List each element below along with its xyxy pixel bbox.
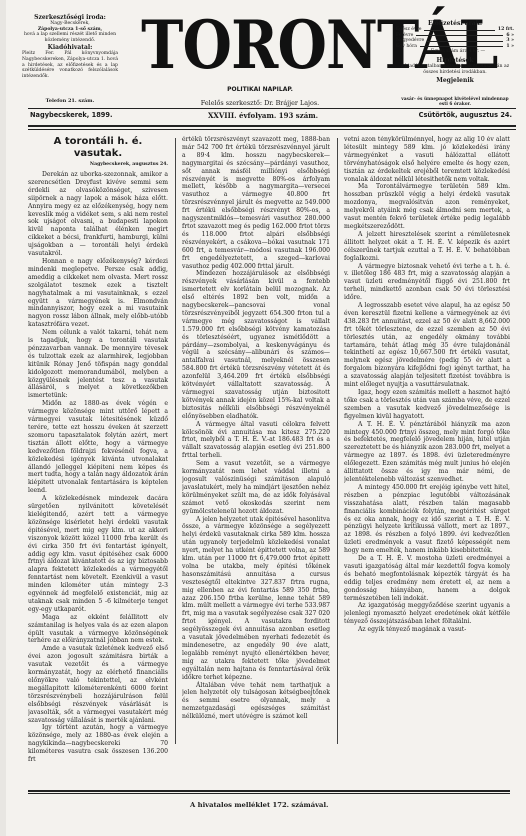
single-issue-price: — Egyes szám ára 4 kr. — <box>396 49 514 55</box>
article-paragraph: Maga az ekként felállitott elv számtanil… <box>28 614 168 646</box>
article-paragraph: Az igazgatóság meggyőződése szerint ugya… <box>344 602 510 626</box>
article-paragraph: Ma Torontálvármegye területén 589 klm. h… <box>344 183 510 230</box>
appears-heading: Megjelenik <box>396 77 514 84</box>
article-paragraph: De a T. H. É. V. mostoha üzleti eredmény… <box>344 555 510 602</box>
article-paragraph: A jelzett hiresztelések szerint a rémüle… <box>344 231 510 263</box>
newspaper-page: Szerkesztőségi iroda: Nagy-Becskerek, Zá… <box>0 0 526 836</box>
dateline-top-rule <box>28 108 516 109</box>
newspaper-subtitle: POLITIKAI NAPILAP. <box>160 86 360 93</box>
article-paragraph: Sem a vasut vezetőit, se a vármegye korm… <box>182 460 330 515</box>
page-edge-shadow <box>0 0 6 836</box>
article-column-3: vetni azon ténykörülménnyel, hogy az ali… <box>344 136 510 634</box>
ads-text: a kiadóhivatalban fogadtatnak el. Ausztr… <box>396 64 514 75</box>
article-paragraph: Igaz, hogy ezen számitás mellett a haszn… <box>344 389 510 421</box>
subscription-heading: Előfizetési árak: <box>396 20 514 27</box>
article-paragraph: értékü törzsrészvényt szavazott meg, 188… <box>182 136 330 270</box>
dateline-volume-issue: XXVIII. évfolyam. 193 szám. <box>208 111 318 120</box>
article-paragraph: Az egyik tényező magának a vasut- <box>344 626 510 634</box>
masthead-right-info: Előfizetési árak: Egész évre12 frt. Félé… <box>396 20 514 84</box>
editor-line: Felelős szerkesztő: Dr. Brájjer Lajos. <box>160 99 360 107</box>
article-title: A torontáli h. é. vasutak. <box>28 136 168 160</box>
dateline-bottom-rule-thin <box>28 129 516 130</box>
article-paragraph: Midőn az 1880-as évek végén e vármegye k… <box>28 400 168 495</box>
appears-text: vasár- és ünnepnapot kivételével mindenn… <box>400 97 510 107</box>
bottom-rule <box>28 790 510 792</box>
editorial-office-note: hová a lap szellemi részét illető minden… <box>22 32 118 43</box>
phone-number: Telefon 21. szám. <box>22 98 118 104</box>
article-paragraph: Honnan e nagy előzékenység? kérdezi mind… <box>28 258 168 329</box>
publishing-office-text: Pleitz Fer. Pál könyvnyomdája Nagybecske… <box>22 51 118 79</box>
article-paragraph: Derekán az uborka-szezonnak, amikor a sz… <box>28 171 168 258</box>
article-paragraph: Nem célunk a valót takarni, tehát nem is… <box>28 329 168 400</box>
article-paragraph: A jelen helyzetet utak épitésével hasonl… <box>182 516 330 682</box>
supplement-note: A hivatalos melléklet 172. számával. <box>190 801 328 809</box>
newspaper-title: TORONTÁL <box>141 10 377 80</box>
article-column-2: értékü törzsrészvényt szavazott meg, 188… <box>182 136 330 721</box>
column-divider <box>337 138 338 744</box>
article-paragraph: Igy történt azután, hogy a vármegye közö… <box>28 724 168 764</box>
article-paragraph: Amde a vasutak üzletének kedvező első év… <box>28 645 168 724</box>
price-label: Egy hóra <box>396 44 417 50</box>
article-paragraph: vetni azon ténykörülménnyel, hogy az ali… <box>344 136 510 183</box>
masthead-left-info: Szerkesztőségi iroda: Nagy-Becskerek, Zá… <box>22 14 118 79</box>
article-column-1: A torontáli h. é. vasutak. Nagybecskerek… <box>28 136 168 764</box>
dateline-bar: Nagybecskerek, 1899. XXVIII. évfolyam. 1… <box>28 111 516 123</box>
article-paragraph: Mindezen hozzájárulások az elsőbbségi ré… <box>182 270 330 420</box>
article-paragraph: Általában véve tehát nem tarthatjuk a je… <box>182 682 330 722</box>
editorial-office-heading: Szerkesztőségi iroda: <box>22 14 118 21</box>
article-paragraph: A legrosszabb esetet véve alapul, ha az … <box>344 302 510 389</box>
article-paragraph: A T. H. É. V. pénztárából hiányzik ma az… <box>344 421 510 484</box>
column-divider <box>175 138 176 744</box>
price-value: 1 » <box>506 44 514 50</box>
bottom-rule-thin <box>28 793 510 794</box>
article-byline: Nagybecskerek, augusztus 24. <box>28 162 168 168</box>
dateline-date: Csütörtök, augusztus 24. <box>419 111 512 119</box>
dateline-bottom-rule <box>28 125 516 127</box>
article-paragraph: A vármegye által vasuti célokra felvett … <box>182 421 330 461</box>
ads-heading: Hirdetések <box>396 57 514 64</box>
article-paragraph: A mintegy 450.000 frt erejéig igénybe ve… <box>344 484 510 555</box>
article-paragraph: A közlekedésnek mindezek dacára sürgetőe… <box>28 495 168 614</box>
dateline-place-year: Nagybecskerek, 1899. <box>30 111 112 119</box>
article-paragraph: A vármegye biztosnak vehető évi terhe a … <box>344 263 510 303</box>
